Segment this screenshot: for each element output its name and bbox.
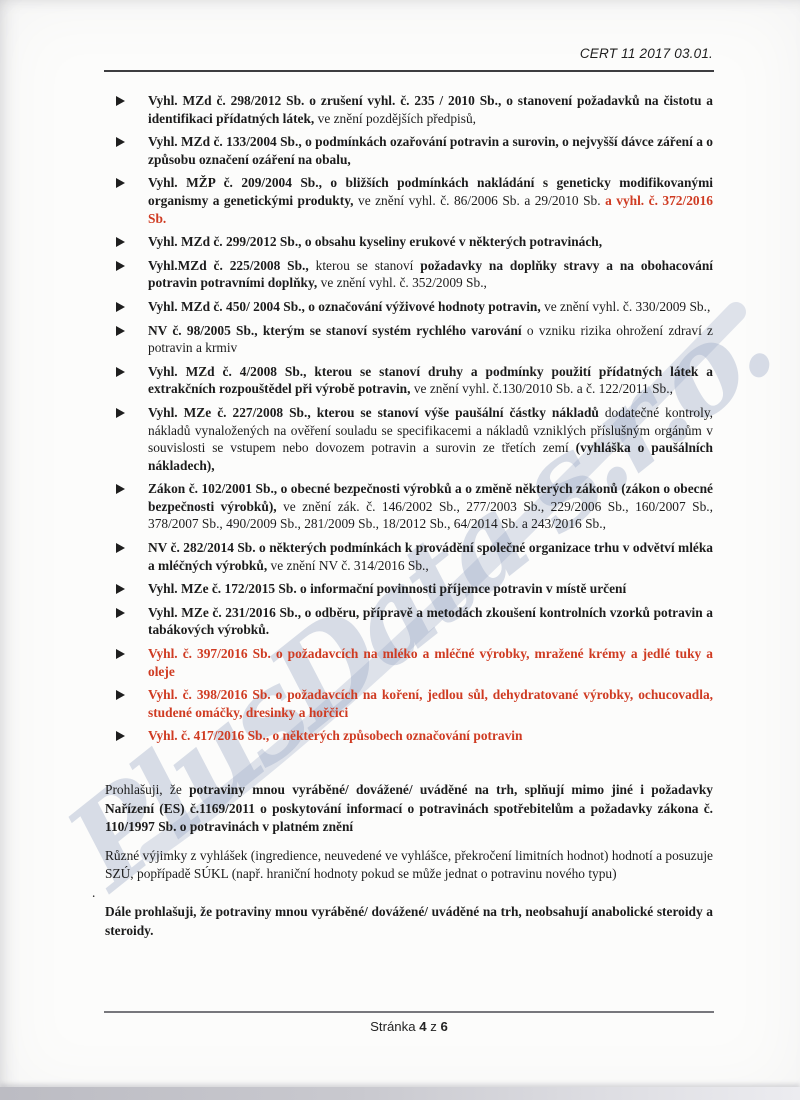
list-item: Vyhl. MZd č. 298/2012 Sb. o zrušení vyhl… [105,92,713,127]
footer-prefix: Stránka [370,1019,415,1034]
footer-rule [104,1011,714,1013]
text-segment: kterou se stanoví [309,258,421,273]
list-item-text: Vyhl.MZd č. 225/2008 Sb., kterou se stan… [148,258,713,291]
list-item: Vyhl. MZe č. 227/2008 Sb., kterou se sta… [105,404,713,474]
bullet-arrow-icon [116,649,125,659]
list-item-text: NV č. 282/2014 Sb. o některých podmínkác… [148,540,713,573]
list-item: Vyhl. MŽP č. 209/2004 Sb., o bližších po… [105,174,713,227]
list-item-text: Vyhl. MZe č. 231/2016 Sb., o odběru, pří… [148,605,713,638]
list-item-text: Vyhl. č. 398/2016 Sb. o požadavcích na k… [148,687,713,720]
list-item-text: Vyhl. č. 417/2016 Sb., o některých způso… [148,728,522,743]
list-item: Vyhl. MZd č. 133/2004 Sb., o podmínkách … [105,133,713,168]
list-item: Vyhl. MZe č. 172/2015 Sb. o informační p… [105,580,713,598]
bullet-arrow-icon [116,96,125,106]
text-segment: ve znění vyhl. č. 352/2009 Sb., [317,275,487,290]
document-body: Vyhl. MZd č. 298/2012 Sb. o zrušení vyhl… [105,92,713,940]
text-segment: Vyhl. MZd č. 450/ 2004 Sb., o označování… [148,299,541,314]
bullet-arrow-icon [116,178,125,188]
page-scan: PlusData s.r.o. CERT 11 2017 03.01. Vyhl… [0,0,800,1100]
text-segment: Vyhl. MZe č. 172/2015 Sb. o informační p… [148,581,626,596]
footer-page-number: 4 [419,1019,426,1034]
bullet-arrow-icon [116,731,125,741]
list-item: Zákon č. 102/2001 Sb., o obecné bezpečno… [105,480,713,533]
bullet-arrow-icon [116,543,125,553]
header-rule [104,70,714,72]
list-item-text: Vyhl. MZd č. 299/2012 Sb., o obsahu kyse… [148,234,602,249]
text-segment: Vyhl. MZe č. 227/2008 Sb., kterou se sta… [148,405,599,420]
list-item: NV č. 98/2005 Sb., kterým se stanoví sys… [105,322,713,357]
document-code: CERT 11 2017 03.01. [580,46,713,61]
bullet-arrow-icon [116,326,125,336]
bullet-arrow-icon [116,261,125,271]
list-item-text: Vyhl. MZd č. 4/2008 Sb., kterou se stano… [148,364,713,397]
list-item-text: Vyhl. MZe č. 172/2015 Sb. o informační p… [148,581,626,596]
list-item: Vyhl. č. 417/2016 Sb., o některých způso… [105,727,713,745]
list-item-text: Vyhl. MŽP č. 209/2004 Sb., o bližších po… [148,175,713,225]
bullet-arrow-icon [116,237,125,247]
list-item-text: Vyhl. MZe č. 227/2008 Sb., kterou se sta… [148,405,713,473]
footer-total-pages: 6 [441,1019,448,1034]
bullet-arrow-icon [116,690,125,700]
list-item: Vyhl. MZd č. 450/ 2004 Sb., o označování… [105,298,713,316]
bullet-arrow-icon [116,137,125,147]
text-segment: potraviny mnou vyráběné/ dovážené/ uvádě… [105,782,713,834]
bullet-arrow-icon [116,408,125,418]
text-segment: Dále prohlašuji, že potraviny mnou vyráb… [105,904,713,938]
text-segment: Vyhl. MZe č. 231/2016 Sb., o odběru, pří… [148,605,713,638]
list-item: Vyhl. MZd č. 299/2012 Sb., o obsahu kyse… [105,233,713,251]
text-segment: ve znění vyhl. č.130/2010 Sb. a č. 122/2… [410,381,672,396]
page-footer: Stránka 4 z 6 [104,1019,714,1034]
paragraph: . [92,886,713,900]
list-item: Vyhl.MZd č. 225/2008 Sb., kterou se stan… [105,257,713,292]
list-item-text: NV č. 98/2005 Sb., kterým se stanoví sys… [148,323,713,356]
list-item: Vyhl. MZe č. 231/2016 Sb., o odběru, pří… [105,604,713,639]
text-segment: NV č. 282/2014 Sb. o některých podmínkác… [148,540,713,573]
bullet-arrow-icon [116,584,125,594]
list-item-text: Vyhl. MZd č. 450/ 2004 Sb., o označování… [148,299,710,314]
scan-edge-artifact [0,1087,800,1100]
list-item-text: Zákon č. 102/2001 Sb., o obecné bezpečno… [148,481,713,531]
text-segment: ve znění pozdějších předpisů, [314,111,476,126]
text-segment: Prohlašuji, že [105,782,189,797]
text-segment: ve znění NV č. 314/2016 Sb., [267,558,429,573]
text-segment: . [92,885,95,900]
list-item: NV č. 282/2014 Sb. o některých podmínkác… [105,539,713,574]
text-segment: Vyhl.MZd č. 225/2008 Sb., [148,258,309,273]
list-item-text: Vyhl. MZd č. 133/2004 Sb., o podmínkách … [148,134,713,167]
text-segment: Vyhl. MZd č. 299/2012 Sb., o obsahu kyse… [148,234,602,249]
footer-separator: z [430,1019,437,1034]
list-item: Vyhl. č. 398/2016 Sb. o požadavcích na k… [105,686,713,721]
list-item-text: Vyhl. č. 397/2016 Sb. o požadavcích na m… [148,646,713,679]
text-segment: NV č. 98/2005 Sb., kterým se stanoví sys… [148,323,522,338]
text-segment: ve znění vyhl. č. 86/2006 Sb. a 29/2010 … [354,193,606,208]
text-segment: Vyhl. č. 397/2016 Sb. o požadavcích na m… [148,646,713,679]
list-item-text: Vyhl. MZd č. 298/2012 Sb. o zrušení vyhl… [148,93,713,126]
bullet-arrow-icon [116,608,125,618]
bullet-arrow-icon [116,484,125,494]
text-segment: Vyhl. č. 398/2016 Sb. o požadavcích na k… [148,687,713,720]
paragraph: Dále prohlašuji, že potraviny mnou vyráb… [105,903,713,940]
bullet-arrow-icon [116,302,125,312]
paragraph: Různé výjimky z vyhlášek (ingredience, n… [105,847,713,884]
text-segment: Vyhl. MZd č. 133/2004 Sb., o podmínkách … [148,134,713,167]
list-item: Vyhl. MZd č. 4/2008 Sb., kterou se stano… [105,363,713,398]
text-segment: ve znění vyhl. č. 330/2009 Sb., [541,299,711,314]
declarations: Prohlašuji, že potraviny mnou vyráběné/ … [105,781,713,940]
list-item: Vyhl. č. 397/2016 Sb. o požadavcích na m… [105,645,713,680]
regulation-list: Vyhl. MZd č. 298/2012 Sb. o zrušení vyhl… [105,92,713,745]
text-segment: Různé výjimky z vyhlášek (ingredience, n… [105,848,713,882]
paragraph: Prohlašuji, že potraviny mnou vyráběné/ … [105,781,713,837]
bullet-arrow-icon [116,367,125,377]
text-segment: Vyhl. č. 417/2016 Sb., o některých způso… [148,728,522,743]
